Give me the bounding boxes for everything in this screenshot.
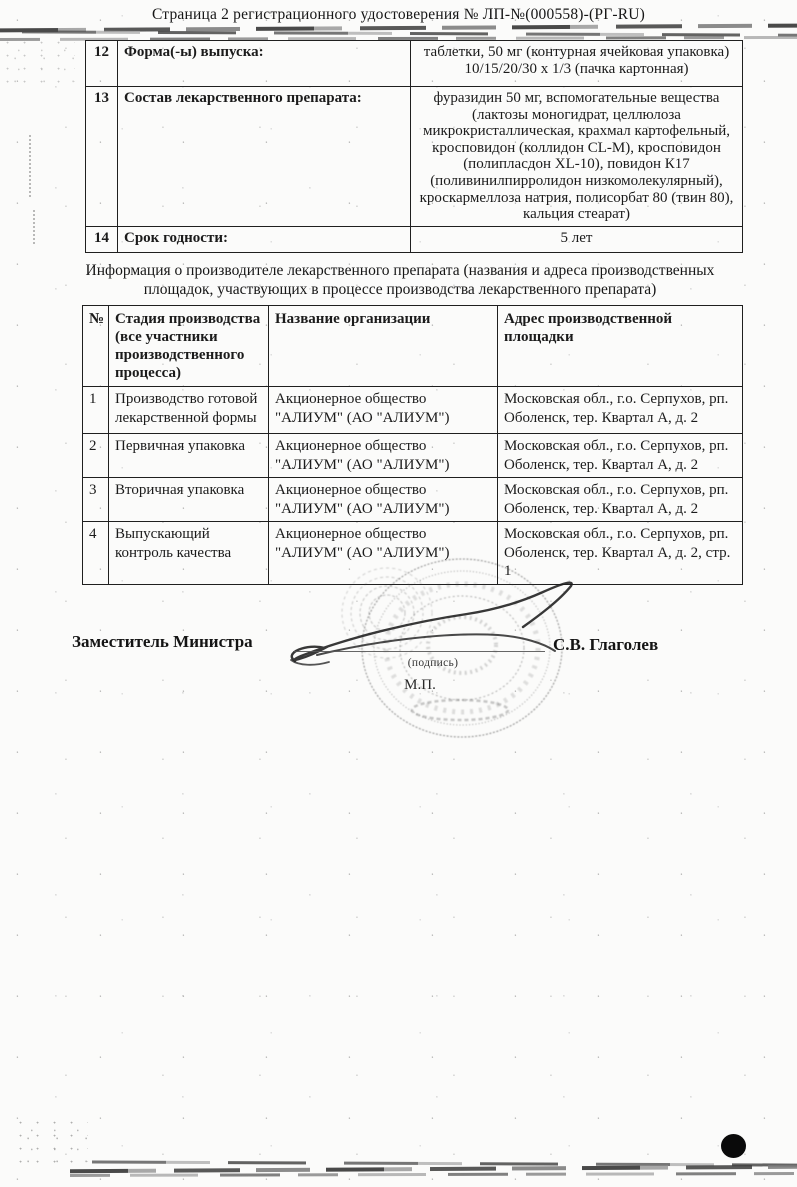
manufacturer-table: № Стадия производства (все участники про… xyxy=(82,305,743,585)
row-number: 14 xyxy=(86,226,118,252)
table-row: 2 Первичная упаковка Акционерное обществ… xyxy=(83,434,743,478)
cell-org: Акционерное общество "АЛИУМ" (АО "АЛИУМ"… xyxy=(269,387,498,434)
table-row: 1 Производство готовой лекарственной фор… xyxy=(83,387,743,434)
table-row: 3 Вторичная упаковка Акционерное обществ… xyxy=(83,478,743,522)
header-org: Название организации xyxy=(269,306,498,387)
cell-address: Московская обл., г.о. Серпухов, рп. Обол… xyxy=(498,434,743,478)
header-address: Адрес производственной площадки xyxy=(498,306,743,387)
scan-smudge xyxy=(70,1160,797,1166)
scan-smudge xyxy=(70,1172,797,1177)
cell-address: Московская обл., г.о. Серпухов, рп. Обол… xyxy=(498,387,743,434)
scan-artifact-dots xyxy=(29,135,31,197)
table-row: 14 Срок годности: 5 лет xyxy=(86,226,743,252)
cell-num: 3 xyxy=(83,478,109,522)
table-row: 13 Состав лекарственного препарата: фура… xyxy=(86,87,743,227)
scanned-certificate-page: { "document": { "page_header": "Страница… xyxy=(0,0,797,1187)
seal-placeholder: М.П. xyxy=(396,677,444,694)
cell-stage: Выпускающий контроль качества xyxy=(109,522,269,585)
signature-caption: (подпись) xyxy=(398,657,468,669)
cell-num: 2 xyxy=(83,434,109,478)
signer-name: С.В. Глаголев xyxy=(553,635,658,655)
header-num: № xyxy=(83,306,109,387)
cell-address: Московская обл., г.о. Серпухов, рп. Обол… xyxy=(498,522,743,585)
cell-address: Московская обл., г.о. Серпухов, рп. Обол… xyxy=(498,478,743,522)
cell-stage: Производство готовой лекарственной формы xyxy=(109,387,269,434)
registration-table: 12 Форма(-ы) выпуска: таблетки, 50 мг (к… xyxy=(85,40,743,253)
table-header-row: № Стадия производства (все участники про… xyxy=(83,306,743,387)
scan-smudge xyxy=(0,30,797,36)
black-dot-mark xyxy=(721,1134,746,1158)
table-row: 4 Выпускающий контроль качества Акционер… xyxy=(83,522,743,585)
scan-smudge xyxy=(0,24,797,33)
cell-stage: Вторичная упаковка xyxy=(109,478,269,522)
scan-artifact-speckles xyxy=(5,40,75,85)
cell-org: Акционерное общество "АЛИУМ" (АО "АЛИУМ"… xyxy=(269,434,498,478)
row-number: 13 xyxy=(86,87,118,227)
row-label: Состав лекарственного препарата: xyxy=(118,87,411,227)
row-value: фуразидин 50 мг, вспомогательные веществ… xyxy=(411,87,743,227)
cell-org: Акционерное общество "АЛИУМ" (АО "АЛИУМ"… xyxy=(269,478,498,522)
signature-line xyxy=(293,651,545,652)
page-header: Страница 2 регистрационного удостоверени… xyxy=(0,6,797,24)
row-number: 12 xyxy=(86,41,118,87)
scan-smudge xyxy=(70,1165,797,1173)
scan-artifact-line-bottom xyxy=(70,1162,797,1178)
cell-stage: Первичная упаковка xyxy=(109,434,269,478)
row-label: Форма(-ы) выпуска: xyxy=(118,41,411,87)
row-value: таблетки, 50 мг (контурная ячейковая упа… xyxy=(411,41,743,87)
scan-artifact-speckles xyxy=(18,1120,88,1165)
manufacturer-info-heading: Информация о производителе лекарственног… xyxy=(55,261,745,299)
row-value: 5 лет xyxy=(411,226,743,252)
handwritten-signature-icon xyxy=(291,583,572,665)
round-ink-stamp-icon xyxy=(342,559,562,737)
table-row: 12 Форма(-ы) выпуска: таблетки, 50 мг (к… xyxy=(86,41,743,87)
cell-org: Акционерное общество "АЛИУМ" (АО "АЛИУМ"… xyxy=(269,522,498,585)
scan-artifact-dots xyxy=(33,210,35,244)
header-stage: Стадия производства (все участники произ… xyxy=(109,306,269,387)
cell-num: 1 xyxy=(83,387,109,434)
cell-num: 4 xyxy=(83,522,109,585)
row-label: Срок годности: xyxy=(118,226,411,252)
signer-title: Заместитель Министра xyxy=(72,632,253,652)
